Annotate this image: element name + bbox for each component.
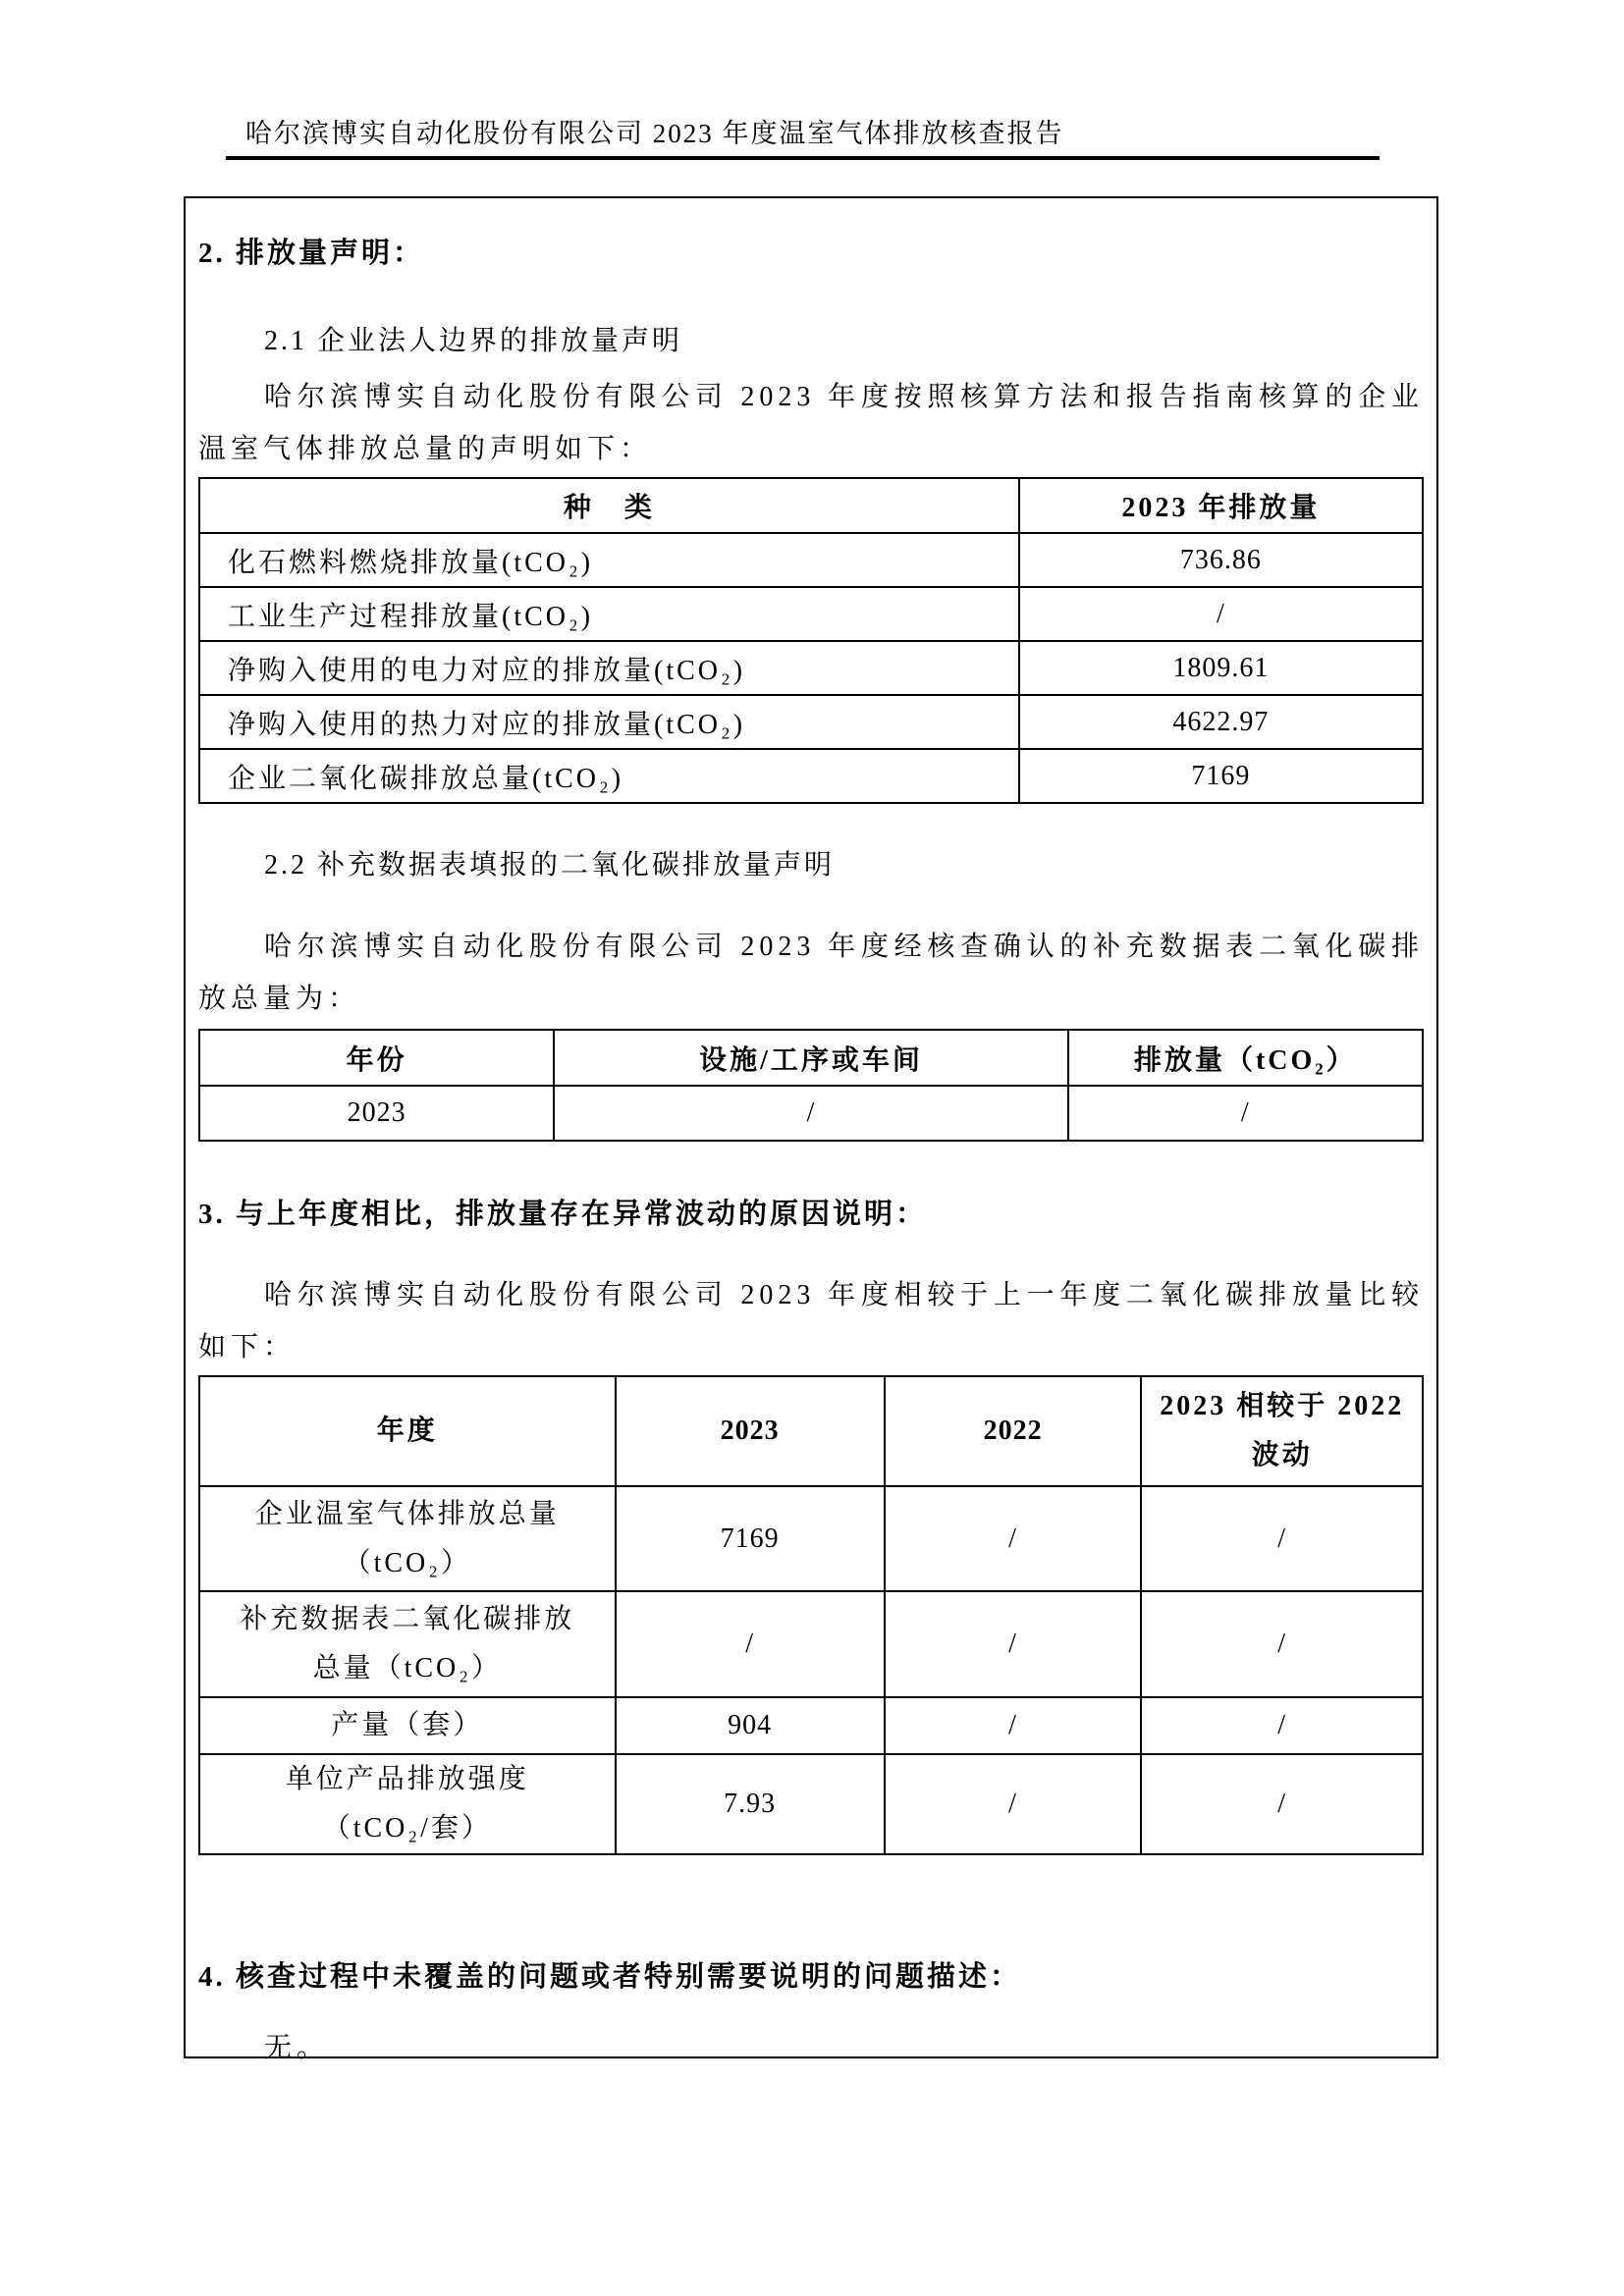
page-header-title: 哈尔滨博实自动化股份有限公司 2023 年度温室气体排放核查报告	[245, 112, 1064, 150]
section2-1-heading: 2.1 企业法人边界的排放量声明	[198, 322, 1424, 361]
table-cell-intensity-fluctuation: /	[1141, 1754, 1423, 1854]
legal-boundary-emissions-table: 种 类 2023 年排放量 化石燃料燃烧排放量(tCO₂) 736.86 工业生…	[198, 477, 1424, 804]
section2-2-paragraph: 哈尔滨博实自动化股份有限公司 2023 年度经核查确认的补充数据表二氧化碳排放总…	[198, 921, 1424, 1025]
header-rule	[226, 156, 1380, 160]
table3-header-fluctuation: 2023 相较于 2022 波动	[1141, 1376, 1423, 1486]
section2-1-paragraph: 哈尔滨博实自动化股份有限公司 2023 年度按照核算方法和报告指南核算的企业温室…	[198, 371, 1424, 475]
table1-header-category: 种 类	[199, 478, 1019, 533]
supplementary-data-table: 年份 设施/工序或车间 排放量（tCO₂） 2023 / /	[198, 1029, 1424, 1142]
table-row: 单位产品排放强度 （tCO₂/套） 7.93 / /	[199, 1754, 1423, 1854]
section2-heading: 2. 排放量声明：	[198, 234, 1424, 273]
table-row: 企业温室气体排放总量 （tCO₂） 7169 / /	[199, 1486, 1423, 1591]
table-cell-industrial-process-label: 工业生产过程排放量(tCO₂)	[199, 587, 1019, 641]
content-box: 2. 排放量声明： 2.1 企业法人边界的排放量声明 哈尔滨博实自动化股份有限公…	[184, 196, 1438, 2058]
section4-heading: 4. 核查过程中未覆盖的问题或者特别需要说明的问题描述：	[198, 1957, 1424, 1997]
table-cell-output-2023: 904	[616, 1697, 885, 1754]
section2-2-heading: 2.2 补充数据表填报的二氧化碳排放量声明	[198, 846, 1424, 885]
table-row: 补充数据表二氧化碳排放 总量（tCO₂） / / /	[199, 1591, 1423, 1697]
table3-header-year: 年度	[199, 1376, 616, 1486]
table-cell-total-ghg-2023: 7169	[616, 1486, 885, 1591]
table-cell-emissions: /	[1068, 1086, 1423, 1141]
table-cell-year: 2023	[199, 1086, 554, 1141]
table-header-row: 种 类 2023 年排放量	[199, 478, 1423, 533]
table-cell-intensity-2023: 7.93	[616, 1754, 885, 1854]
table-row: 化石燃料燃烧排放量(tCO₂) 736.86	[199, 533, 1423, 587]
table-cell-total-ghg-fluctuation: /	[1141, 1486, 1423, 1591]
table2-header-facility: 设施/工序或车间	[554, 1030, 1067, 1086]
table-cell-total-co2-value: 7169	[1019, 749, 1423, 803]
table-cell-supplementary-label: 补充数据表二氧化碳排放 总量（tCO₂）	[199, 1591, 616, 1697]
table-row: 2023 / /	[199, 1086, 1423, 1141]
table-cell-intensity-2022: /	[885, 1754, 1142, 1854]
table-cell-heat-label: 净购入使用的热力对应的排放量(tCO₂)	[199, 695, 1019, 749]
table-cell-supplementary-2023: /	[616, 1591, 885, 1697]
table1-header-2023-emissions: 2023 年排放量	[1019, 478, 1423, 533]
section4-paragraph: 无。	[198, 2022, 1424, 2074]
table-row: 工业生产过程排放量(tCO₂) /	[199, 587, 1423, 641]
table-header-row: 年度 2023 2022 2023 相较于 2022 波动	[199, 1376, 1423, 1486]
table-cell-heat-value: 4622.97	[1019, 695, 1423, 749]
table-cell-intensity-label: 单位产品排放强度 （tCO₂/套）	[199, 1754, 616, 1854]
table-cell-supplementary-fluctuation: /	[1141, 1591, 1423, 1697]
table-cell-electricity-label: 净购入使用的电力对应的排放量(tCO₂)	[199, 641, 1019, 695]
table-row: 企业二氧化碳排放总量(tCO₂) 7169	[199, 749, 1423, 803]
table-cell-total-co2-label: 企业二氧化碳排放总量(tCO₂)	[199, 749, 1019, 803]
table-row: 净购入使用的热力对应的排放量(tCO₂) 4622.97	[199, 695, 1423, 749]
section3-heading: 3. 与上年度相比，排放量存在异常波动的原因说明：	[198, 1195, 1424, 1234]
table2-header-year: 年份	[199, 1030, 554, 1086]
year-comparison-table: 年度 2023 2022 2023 相较于 2022 波动 企业温室气体排放总量…	[198, 1375, 1424, 1855]
table3-header-2023: 2023	[616, 1376, 885, 1486]
table-cell-industrial-process-value: /	[1019, 587, 1423, 641]
table-cell-total-ghg-2022: /	[885, 1486, 1142, 1591]
table-cell-fossil-fuel-label: 化石燃料燃烧排放量(tCO₂)	[199, 533, 1019, 587]
table-cell-output-fluctuation: /	[1141, 1697, 1423, 1754]
table-cell-output-label: 产量（套）	[199, 1697, 616, 1754]
table-row: 净购入使用的电力对应的排放量(tCO₂) 1809.61	[199, 641, 1423, 695]
table2-header-emissions: 排放量（tCO₂）	[1068, 1030, 1423, 1086]
table-header-row: 年份 设施/工序或车间 排放量（tCO₂）	[199, 1030, 1423, 1086]
table-row: 产量（套） 904 / /	[199, 1697, 1423, 1754]
document-page: 哈尔滨博实自动化股份有限公司 2023 年度温室气体排放核查报告 2. 排放量声…	[0, 0, 1624, 2296]
table-cell-supplementary-2022: /	[885, 1591, 1142, 1697]
table-cell-output-2022: /	[885, 1697, 1142, 1754]
section3-paragraph: 哈尔滨博实自动化股份有限公司 2023 年度相较于上一年度二氧化碳排放量比较如下…	[198, 1269, 1424, 1373]
table-cell-total-ghg-label: 企业温室气体排放总量 （tCO₂）	[199, 1486, 616, 1591]
table-cell-electricity-value: 1809.61	[1019, 641, 1423, 695]
table3-header-2022: 2022	[885, 1376, 1142, 1486]
table-cell-fossil-fuel-value: 736.86	[1019, 533, 1423, 587]
table-cell-facility: /	[554, 1086, 1067, 1141]
